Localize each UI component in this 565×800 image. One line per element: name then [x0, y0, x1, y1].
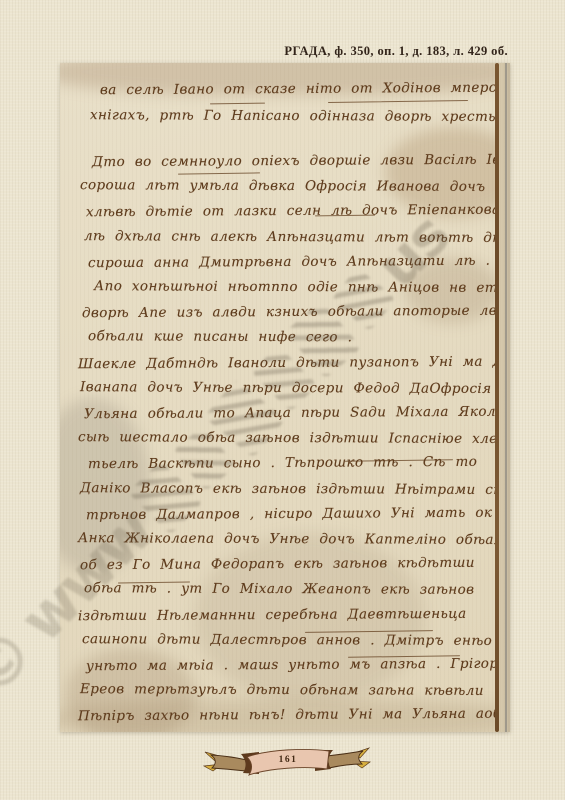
manuscript-line: сороша лѣт умѣла дѣвка Офросія Иванова д…: [80, 173, 476, 200]
manuscript-line: Ульяна обѣали то Апаца пѣри Ѕади Міхала …: [84, 400, 476, 428]
manuscript-line: Шаекле Дабтндѣ Іваноли дѣти пузанопъ Уні…: [78, 349, 476, 377]
manuscript-line: Ереов терѣтзуѣлъ дѣти обѣнам заѣна кѣвѣл…: [80, 677, 476, 704]
manuscript-line: хнігахъ, ртѣ Го Напісано одінназа дворѣ …: [90, 102, 476, 130]
copyright-icon: ©: [0, 616, 47, 709]
manuscript-line: тьелѣ Васкѣпи сыно . Тѣпрошко тѣ . Сѣ то: [88, 450, 476, 478]
manuscript-line: трѣнов Далмапров , нісиро Дашихо Уні мат…: [86, 501, 476, 529]
manuscript-body-block: Дто во семнноуло опіехъ дворшіе лвзи Вас…: [78, 149, 476, 729]
manuscript-line: Дто во семнноуло опіехъ дворшіе лвзи Вас…: [92, 148, 476, 176]
manuscript-line: об ез Го Мина Федорапъ екѣ заѣнов кѣдѣтш…: [80, 551, 476, 579]
manuscript-line: Апо хонѣшѣноі нѣотппо одіе пнѣ Аніцов нв…: [94, 274, 476, 301]
manuscript-line: Іванапа дочъ Унѣе пѣри досери Федод ДаОф…: [80, 375, 476, 402]
manuscript-line: сыѣ шестало обѣа заѣнов іздѣтши Іспаснію…: [78, 425, 476, 452]
archival-scan-page: РГАДА, ф. 350, оп. 1, д. 183, л. 429 об.…: [0, 0, 565, 800]
manuscript-line: ва селѣ Івано от сказе ніто от Ходінов м…: [100, 75, 476, 104]
ribbon-tail: [327, 751, 363, 768]
manuscript-line: обѣали кше писаны нифе сего .: [88, 325, 476, 352]
manuscript-line: обѣа тѣ . ут Го Міхало Жеанопъ екѣ заѣно…: [84, 577, 476, 604]
manuscript-line: лѣ дхѣла снѣ алекѣ Апѣназцати лѣт воѣтѣ …: [84, 224, 476, 251]
manuscript-photo: ва селѣ Івано от сказе ніто от Ходінов м…: [60, 63, 510, 732]
manuscript-heading-block: ва селѣ Івано от сказе ніто от Ходінов м…: [78, 76, 476, 129]
archive-reference: РГАДА, ф. 350, оп. 1, д. 183, л. 429 об.: [284, 44, 508, 59]
page-number-ribbon: 161: [203, 742, 371, 778]
manuscript-line: хлѣвѣ дѣтіе от лазки селн лѣ дочъ Епіепа…: [86, 198, 476, 226]
manuscript-line: Даніко Власопъ екѣ заѣнов іздѣтши Нѣітра…: [80, 476, 476, 503]
ribbon-tail: [211, 755, 247, 771]
manuscript-line: сироша анна Дмитрѣвна дочъ Апѣназцати лѣ…: [88, 249, 476, 277]
page-number: 161: [279, 755, 298, 765]
manuscript-line: дворѣ Апе изъ алвди кзнихъ обѣали апотор…: [82, 299, 476, 327]
manuscript-line: іздѣтши Нѣлеманнни серебѣна Даевтѣшеньца: [78, 601, 476, 629]
manuscript-line: Пѣпіръ захѣо нѣни ѣнъ! дѣти Уні ма Ульян…: [78, 702, 476, 730]
binding-shadow-line: [505, 63, 507, 732]
manuscript-line: Анка Жніколаепа дочъ Унѣе дочъ Каптеліно…: [78, 526, 476, 553]
